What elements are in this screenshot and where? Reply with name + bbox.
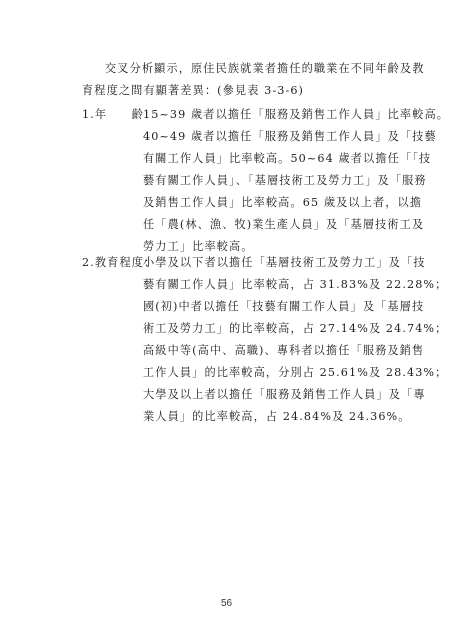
item-2-line: 業人員」的比率較高，占 24.84%及 24.36%。 bbox=[143, 410, 411, 424]
item-2-line: 工作人員」的比率較高，分別占 25.61%及 28.43%； bbox=[143, 366, 447, 380]
item-1-line: 15~39 歲者以擔任「服務及銷售工作人員」比率較高。 bbox=[143, 108, 449, 122]
document-page: 交叉分析顯示，原住民族就業者擔任的職業在不同年齡及教 育程度之間有顯著差異：(參… bbox=[0, 0, 452, 640]
item-1-line: 及銷售工作人員」比率較高。65 歲及以上者，以擔 bbox=[143, 196, 422, 210]
item-2-line: 高級中等(高中、高職)、專科者以擔任「服務及銷售 bbox=[143, 344, 424, 358]
item-2-line: 國(初)中者以擔任「技藝有關工作人員」及「基層技 bbox=[143, 300, 424, 314]
item-1-line: 藝有關工作人員」、「基層技術工及勞力工」及「服務 bbox=[143, 174, 427, 188]
item-2-line: 小學及以下者以擔任「基層技術工及勞力工」及「技 bbox=[143, 256, 426, 270]
item-1-line: 勞力工」比率較高。 bbox=[143, 240, 254, 254]
intro-line-2: 育程度之間有顯著差異：(參見表 3-3-6) bbox=[82, 84, 304, 98]
item-2-line: 藝有關工作人員」比率較高，占 31.83%及 22.28%； bbox=[143, 278, 447, 292]
item-2-line: 大學及以上者以擔任「服務及銷售工作人員」及「專 bbox=[143, 388, 426, 402]
item-2-line: 術工及勞力工」的比率較高，占 27.14%及 24.74%； bbox=[143, 322, 447, 336]
intro-line-1: 交叉分析顯示，原住民族就業者擔任的職業在不同年齡及教 bbox=[105, 62, 424, 76]
item-1-line: 有關工作人員」比率較高。50~64 歲者以擔任「「技 bbox=[143, 152, 431, 166]
page-number: 56 bbox=[221, 598, 232, 609]
item-1-line: 任「農(林、漁、牧)業生產人員」及「基層技術工及 bbox=[143, 218, 424, 232]
item-1-line: 40~49 歲者以擔任「服務及銷售工作人員」及「技藝 bbox=[143, 130, 437, 144]
